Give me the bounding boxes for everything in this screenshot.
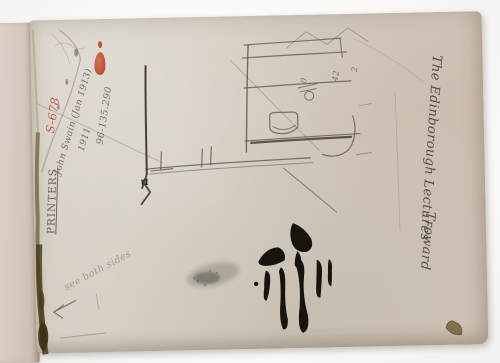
notebook-page: S-678 John Swain (Jan 1913) 1911 96-135.… [30, 11, 489, 353]
open-book: S-678 John Swain (Jan 1913) 1911 96-135.… [0, 0, 500, 363]
sketch-figure-0: 0 [298, 72, 309, 89]
printers-label: PRINTERS [45, 166, 59, 236]
graphite-smudge [184, 258, 242, 292]
catalog-number-red: S-678 [42, 88, 64, 142]
left-arrow [53, 294, 106, 338]
accession-number: 96-135.290 [93, 75, 116, 156]
corner-tear [446, 321, 462, 335]
press-sketch [138, 37, 374, 216]
red-paren-mark [0, 341, 6, 363]
ink-blots [253, 222, 334, 334]
sketch-figure-42: 42 [330, 67, 341, 84]
scanned-notebook-photo: S-678 John Swain (Jan 1913) 1911 96-135.… [0, 0, 500, 363]
side-note: see both sides [56, 245, 141, 297]
sketch-figure-2: 2 [349, 61, 360, 78]
red-ink-dot [98, 41, 102, 48]
crease-lines [35, 26, 429, 237]
sketch-letter-a: a [136, 173, 154, 189]
